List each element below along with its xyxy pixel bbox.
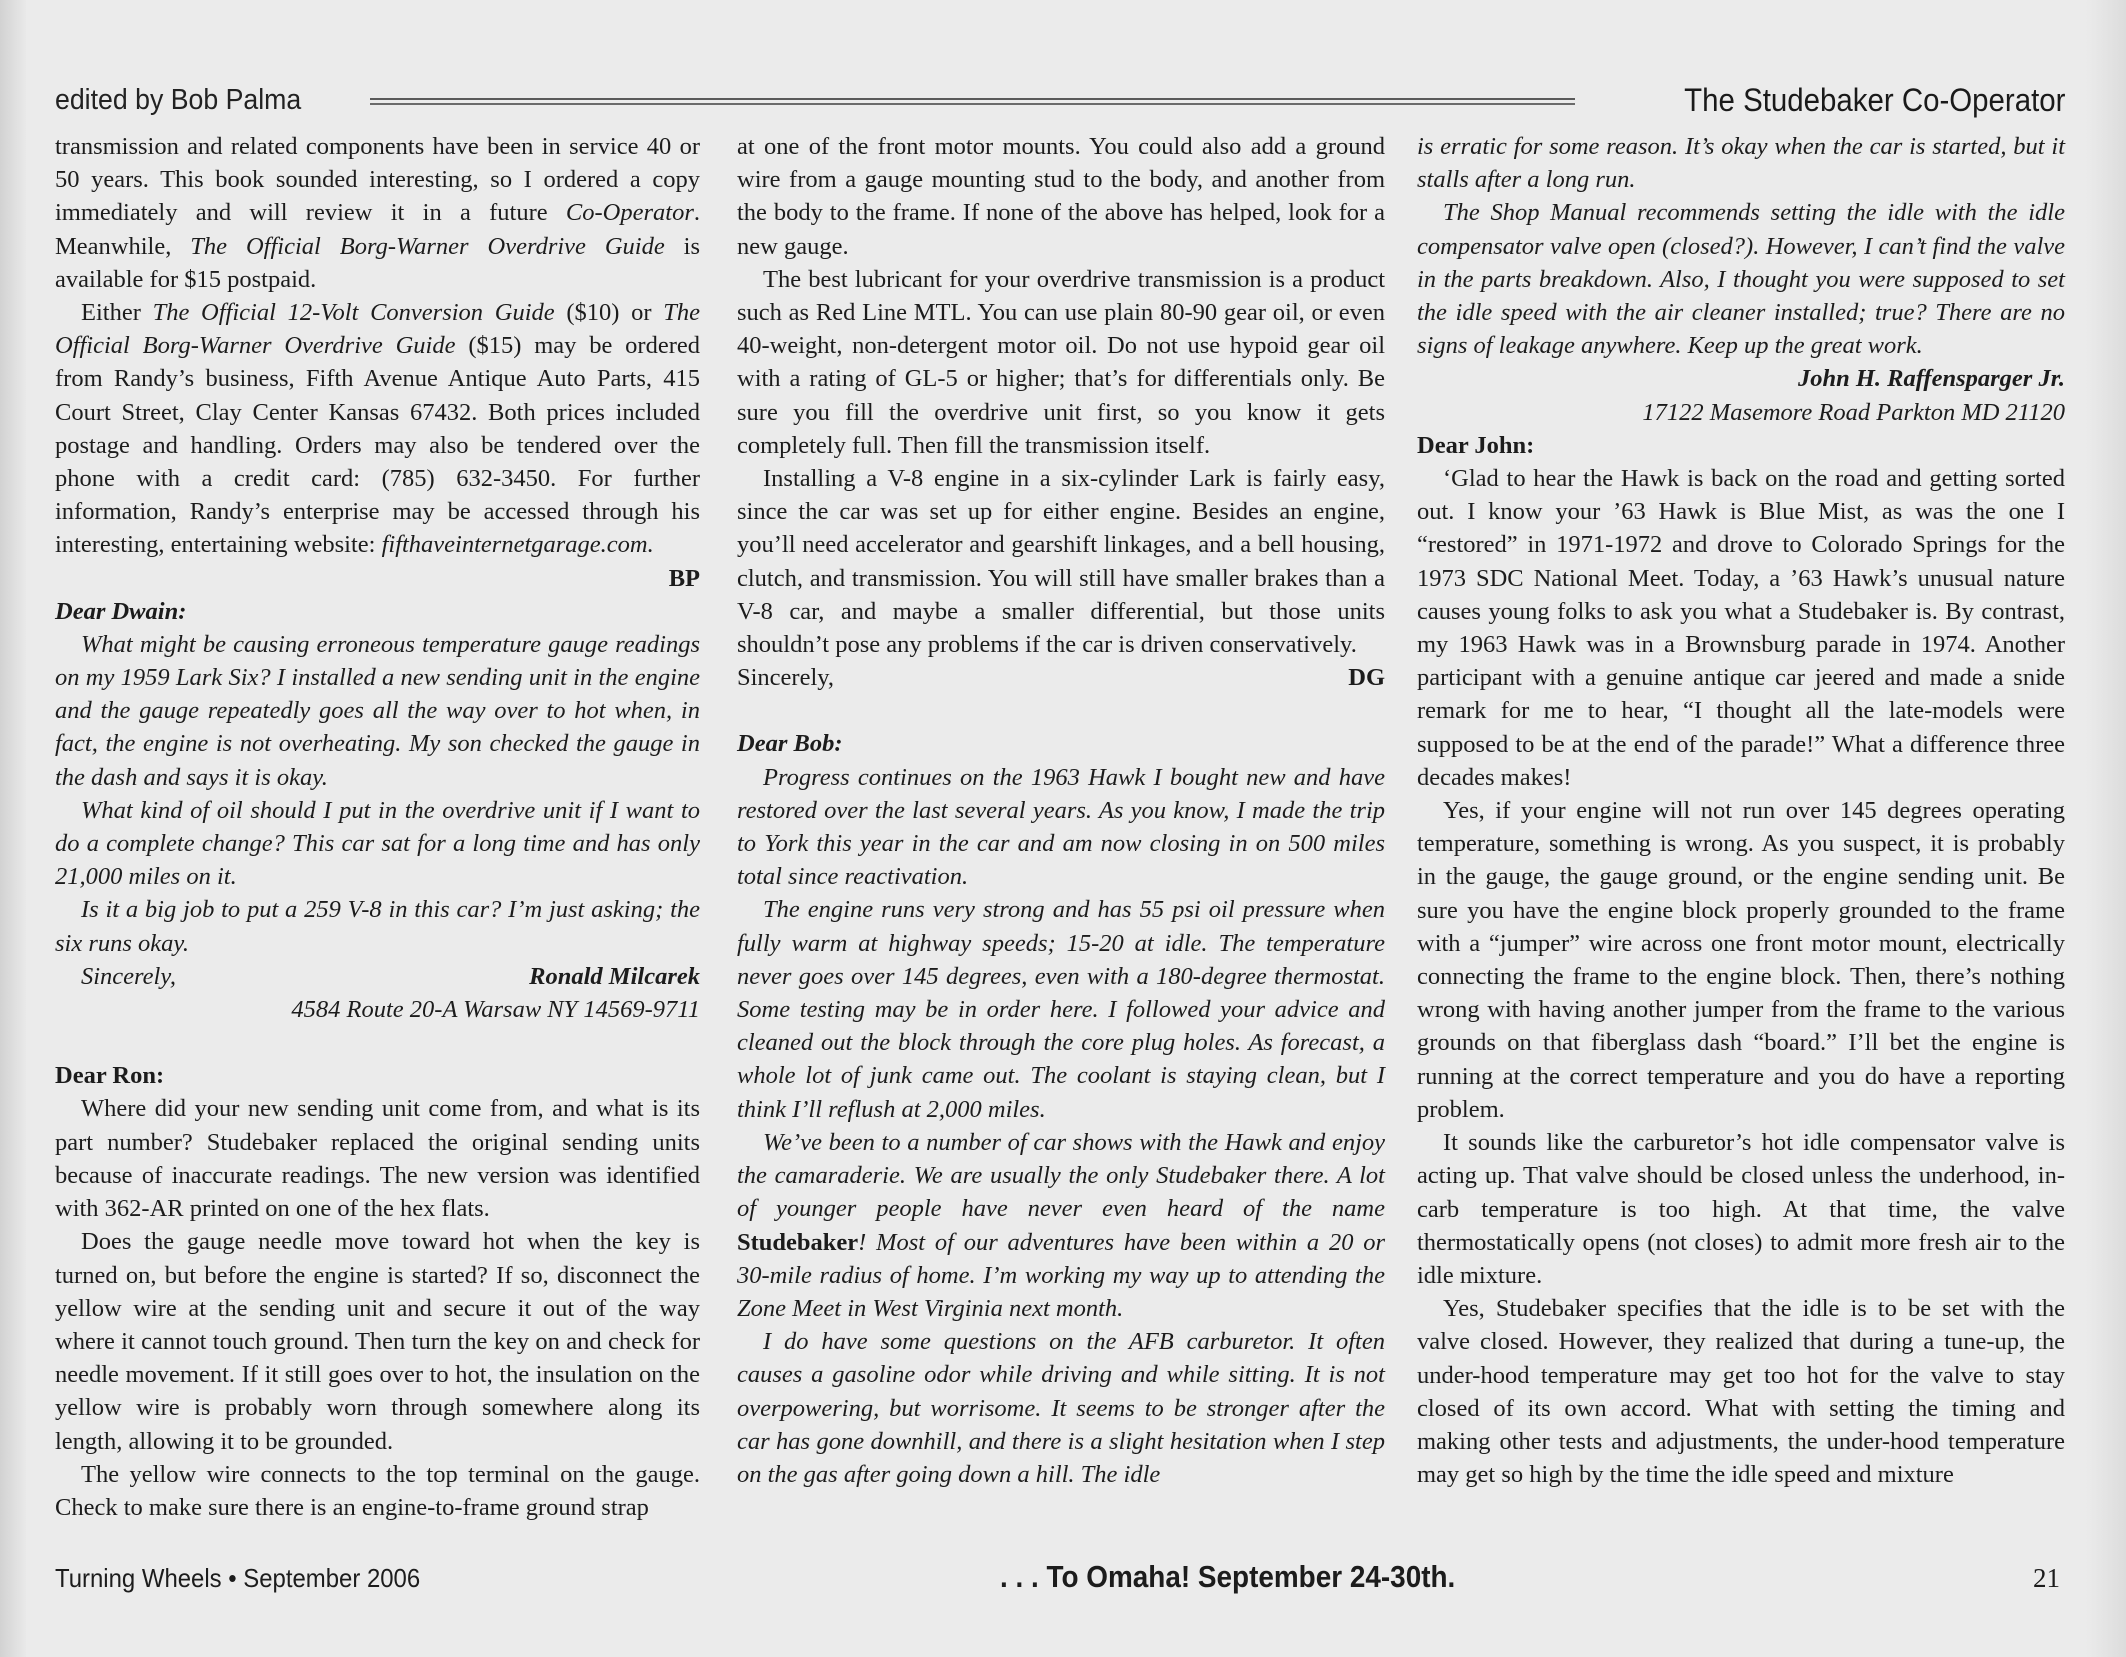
signature-name: John H. Raffensparger Jr. xyxy=(1417,362,2065,395)
letter-paragraph: What might be causing erroneous temperat… xyxy=(55,628,700,794)
letter-paragraph: I do have some questions on the AFB carb… xyxy=(737,1325,1385,1491)
book-title: The Official 12-Volt Conversion Guide xyxy=(153,299,555,326)
event-promo: . . . To Omaha! September 24-30th. xyxy=(1000,1559,1455,1595)
reply-paragraph: at one of the front motor mounts. You co… xyxy=(737,130,1385,263)
closing: Sincerely, xyxy=(737,661,834,694)
paragraph: Either The Official 12-Volt Conversion G… xyxy=(55,296,700,562)
reply-paragraph: ‘Glad to hear the Hawk is back on the ro… xyxy=(1417,462,2065,794)
reply-paragraph: The best lubricant for your overdrive tr… xyxy=(737,263,1385,462)
salutation: Dear Ron: xyxy=(55,1059,700,1092)
reply-paragraph: Yes, Studebaker specifies that the idle … xyxy=(1417,1292,2065,1491)
salutation: Dear John: xyxy=(1417,429,2065,462)
reply-ron: Dear Ron: Where did your new sending uni… xyxy=(55,1059,700,1524)
paragraph: transmission and related components have… xyxy=(55,130,700,296)
section-title: The Studebaker Co-Operator xyxy=(1684,82,2065,119)
page-edge-shadow xyxy=(2086,0,2126,1657)
signature-line: Sincerely, Ronald Milcarek xyxy=(55,960,700,993)
letter-bob: Dear Bob: Progress continues on the 1963… xyxy=(737,727,1385,1491)
reply-paragraph: Where did your new sending unit come fro… xyxy=(55,1092,700,1225)
author-initials: DG xyxy=(1348,661,1385,694)
running-header: edited by Bob Palma The Studebaker Co-Op… xyxy=(55,84,2065,124)
publication-name: Co-Operator xyxy=(566,199,694,226)
letter-paragraph: is erratic for some reason. It’s okay wh… xyxy=(1417,130,2065,196)
reply-paragraph: Installing a V-8 engine in a six-cylinde… xyxy=(737,462,1385,661)
page-number: 21 xyxy=(2033,1563,2060,1594)
letter-paragraph: Progress continues on the 1963 Hawk I bo… xyxy=(737,761,1385,894)
letter-paragraph: We’ve been to a number of car shows with… xyxy=(737,1126,1385,1325)
author-initials: BP xyxy=(643,562,700,595)
salutation: Dear Bob: xyxy=(737,727,1385,760)
letter-paragraph: The engine runs very strong and has 55 p… xyxy=(737,893,1385,1125)
letter-paragraph: The Shop Manual recommends setting the i… xyxy=(1417,196,2065,362)
letter-paragraph: Is it a big job to put a 259 V-8 in this… xyxy=(55,893,700,959)
issue-date: Turning Wheels • September 2006 xyxy=(55,1563,420,1594)
signature-address: 4584 Route 20-A Warsaw NY 14569-9711 xyxy=(55,993,700,1026)
book-title: The Official Borg-Warner Overdrive Guide xyxy=(190,233,664,260)
closing: Sincerely, xyxy=(55,960,176,993)
column-1: transmission and related components have… xyxy=(55,130,700,1524)
signature-name: Ronald Milcarek xyxy=(529,960,700,993)
letter-dwain: Dear Dwain: What might be causing errone… xyxy=(55,595,700,1027)
letter-paragraph: What kind of oil should I put in the ove… xyxy=(55,794,700,894)
header-double-rule xyxy=(370,98,1575,105)
brand-name: Studebaker xyxy=(737,1229,858,1256)
reply-paragraph: It sounds like the carburetor’s hot idle… xyxy=(1417,1126,2065,1292)
reply-paragraph: The yellow wire connects to the top term… xyxy=(55,1458,700,1524)
page-footer: Turning Wheels • September 2006 . . . To… xyxy=(55,1563,2065,1603)
website-link: fifthaveinternetgarage.com. xyxy=(382,531,654,558)
column-2: at one of the front motor mounts. You co… xyxy=(737,130,1385,1491)
column-3: is erratic for some reason. It’s okay wh… xyxy=(1417,130,2065,1491)
page-gutter-shadow xyxy=(0,0,26,1657)
signature-address: 17122 Masemore Road Parkton MD 21120 xyxy=(1417,396,2065,429)
reply-paragraph: Does the gauge needle move toward hot wh… xyxy=(55,1225,700,1457)
reply-paragraph: Yes, if your engine will not run over 14… xyxy=(1417,794,2065,1126)
editor-credit: edited by Bob Palma xyxy=(55,84,301,117)
signature-line: Sincerely, DG xyxy=(737,661,1385,694)
reply-john: Dear John: ‘Glad to hear the Hawk is bac… xyxy=(1417,429,2065,1492)
salutation: Dear Dwain: xyxy=(55,595,700,628)
